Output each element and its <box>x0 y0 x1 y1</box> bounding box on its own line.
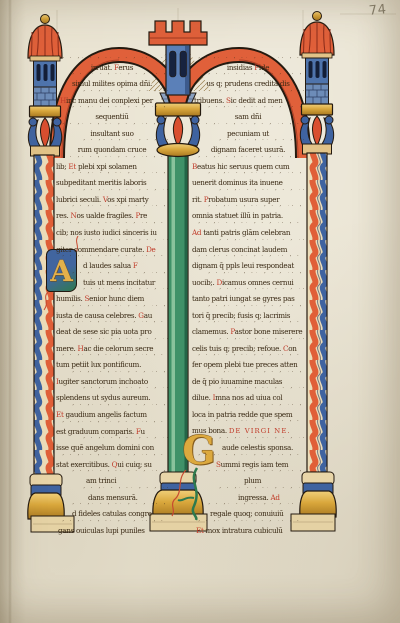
text-line: ʼ ′ ʼ´ ′ ʼ ′´ ʼ ′ ʼ ´′ ʼ ′ ʼ´ ′tribuens.… <box>192 88 304 105</box>
verse-text: lib; Et plebi xpi solamen <box>56 162 168 171</box>
neume-marks: ʼ ′ ʼ´ ′ ʼ ′´ ʼ ′ ʼ ´′ ʼ ′ ʼ´ ′ <box>56 222 168 228</box>
ink-text: enior hunc diem <box>89 294 144 303</box>
ink-text: lib; <box>56 162 68 171</box>
red-initial: De <box>146 245 155 254</box>
text-line: ʼ ′ ʼ´ ′ ʼ ′´ ʼ ′ ʼ ´′ ʼ ′ ʼ´ ′Hinc manu… <box>56 88 168 105</box>
verse-text: sam dñi <box>192 112 304 121</box>
neume-marks: ʼ ′ ʼ´ ′ ʼ ′´ ʼ ′ ʼ ´′ ʼ ′ ʼ´ ′ <box>56 387 168 393</box>
verse-text: plum <box>192 476 304 485</box>
neume-marks: ʼ ′ ʼ´ ′ ʼ ′´ ʼ ′ ʼ ´′ ʼ ′ ʼ´ ′ <box>192 354 304 360</box>
verse-text: isse quē angelum domini con <box>56 443 168 452</box>
red-initial: Et <box>196 526 204 535</box>
text-line: ʼ ′ ʼ´ ′ ʼ ′´ ʼ ′ ʼ ´′ ʼ ′ ʼ´ ′mere. Hac… <box>56 336 168 353</box>
ink-text: uocib;. <box>192 278 216 287</box>
verse-text: celis tuis q; precib; refoue. Con <box>192 344 304 353</box>
verse-text: tum petiit lux pontificum. <box>56 360 168 369</box>
neume-marks: ʼ ′ ʼ´ ′ ʼ ′´ ʼ ′ ʼ ´′ ʼ ′ ʼ´ ′ <box>56 189 168 195</box>
ink-text: humilis. <box>56 294 85 303</box>
text-line: ʼ ′ ʼ´ ′ ʼ ′´ ʼ ′ ʼ ´′ ʼ ′ ʼ´ ′deat de s… <box>56 320 168 337</box>
verse-text: Et gaudium angelis factum <box>56 410 168 419</box>
ink-text: lubrici seculi. <box>56 195 103 204</box>
neume-marks: ʼ ′ ʼ´ ′ ʼ ′´ ʼ ′ ʼ ´′ ʼ ′ ʼ´ ′ <box>192 520 304 526</box>
neume-marks: ʼ ′ ʼ´ ′ ʼ ′´ ʼ ′ ʼ ´′ ʼ ′ ʼ´ ′ <box>56 139 168 145</box>
text-line: ʼ ′ ʼ´ ′ ʼ ′´ ʼ ′ ʼ ´′ ʼ ′ ʼ´ ′mus bona.… <box>192 419 304 436</box>
text-line: ʼ ′ ʼ´ ′ ʼ ′´ ʼ ′ ʼ ´′ ʼ ′ ʼ´ ′subpedita… <box>56 171 168 188</box>
verse-text: d laudes salua F <box>56 261 168 270</box>
text-line: ʼ ′ ʼ´ ′ ʼ ′´ ʼ ′ ʼ ´′ ʼ ′ ʼ´ ′fer opem … <box>192 353 304 370</box>
neume-marks: ʼ ′ ʼ´ ′ ʼ ′´ ʼ ′ ʼ ´′ ʼ ′ ʼ´ ′ <box>192 338 304 344</box>
neume-marks: ʼ ′ ʼ´ ′ ʼ ′´ ʼ ′ ʼ ´′ ʼ ′ ʼ´ ′ <box>56 421 168 427</box>
neume-marks: ʼ ′ ʼ´ ′ ʼ ′´ ʼ ′ ʼ ´′ ʼ ′ ʼ´ ′ <box>56 172 168 178</box>
ink-text: ac die celorum secre <box>84 344 154 353</box>
verse-text: dilue. Imna nos ad uiua col <box>192 393 304 402</box>
ink-text: de q̄ pio iuuamine maculas <box>192 377 282 386</box>
neume-marks: ʼ ′ ʼ´ ′ ʼ ′´ ʼ ′ ʼ ´′ ʼ ′ ʼ´ ′ <box>192 305 304 311</box>
text-line: ʼ ′ ʼ´ ′ ʼ ′´ ʼ ′ ʼ ´′ ʼ ′ ʼ´ ′giter com… <box>56 237 168 254</box>
verse-text: Hinc manu dei conplexi per <box>56 96 168 105</box>
ink-text: inc manu dei conplexi per <box>66 96 153 105</box>
verse-text: dans mensurā. <box>56 493 168 502</box>
text-line: ʼ ′ ʼ´ ′ ʼ ′´ ʼ ′ ʼ ´′ ʼ ′ ʼ´ ′tanto pat… <box>192 287 304 304</box>
verse-text: fer opem plebi tue preces atten <box>192 360 304 369</box>
text-line: ʼ ′ ʼ´ ′ ʼ ′´ ʼ ′ ʼ ´′ ʼ ′ ʼ´ ′aude cele… <box>192 436 304 453</box>
ink-text: ingressa. <box>238 493 270 502</box>
ink-text: gans ouiculas lupi puniles <box>58 526 145 535</box>
neume-marks: ʼ ′ ʼ´ ′ ʼ ′´ ʼ ′ ʼ ´′ ʼ ′ ʼ´ ′ <box>56 321 168 327</box>
verse-text: lubrici seculi. Vos xpi marty <box>56 195 168 204</box>
text-line: ʼ ′ ʼ´ ′ ʼ ′´ ʼ ′ ʼ ´′ ʼ ′ ʼ´ ′dam cleru… <box>192 237 304 254</box>
ink-text: icamus omnes cernui <box>222 278 294 287</box>
text-line: ʼ ′ ʼ´ ′ ʼ ′´ ʼ ′ ʼ ´′ ʼ ′ ʼ´ ′tori q̄ p… <box>192 303 304 320</box>
red-initial: F <box>133 261 138 270</box>
neume-marks: ʼ ′ ʼ´ ′ ʼ ′´ ʼ ′ ʼ ´′ ʼ ′ ʼ´ ′ <box>56 338 168 344</box>
text-line: ʼ ′ ʼ´ ′ ʼ ′´ ʼ ′ ʼ ´′ ʼ ′ ʼ´ ′Summi reg… <box>192 452 304 469</box>
text-line: ʼ ′ ʼ´ ′ ʼ ′´ ʼ ′ ʼ ´′ ʼ ′ ʼ´ ′plum <box>192 469 304 486</box>
neume-marks: ʼ ′ ʼ´ ′ ʼ ′´ ʼ ′ ʼ ´′ ʼ ′ ʼ´ ′ <box>192 272 304 278</box>
verse-text: tribuens. Sic dedit ad men <box>192 96 304 105</box>
ink-text: re <box>140 211 147 220</box>
ink-text: subpeditant meritis laboris <box>56 178 146 187</box>
neume-marks: ʼ ′ ʼ´ ′ ʼ ′´ ʼ ′ ʼ ´′ ʼ ′ ʼ´ ′ <box>192 503 304 509</box>
ink-text: celis tuis q; precib; refoue. <box>192 344 283 353</box>
text-line: ʼ ′ ʼ´ ′ ʼ ′´ ʼ ′ ʼ ´′ ʼ ′ ʼ´ ′Et mox in… <box>192 518 304 535</box>
neume-marks: ʼ ′ ʼ´ ′ ʼ ′´ ʼ ′ ʼ ´′ ʼ ′ ʼ´ ′ <box>56 106 168 112</box>
text-line: ʼ ′ ʼ´ ′ ʼ ′´ ʼ ′ ʼ ´′ ʼ ′ ʼ´ ′regale qu… <box>192 502 304 519</box>
text-line: ʼ ′ ʼ´ ′ ʼ ′´ ʼ ′ ʼ ´′ ʼ ′ ʼ´ ′loca in p… <box>192 402 304 419</box>
neume-marks: ʼ ′ ʼ´ ′ ʼ ′´ ʼ ′ ʼ ´′ ʼ ′ ʼ´ ′ <box>192 371 304 377</box>
neume-marks: ʼ ′ ʼ´ ′ ʼ ′´ ʼ ′ ʼ ´′ ʼ ′ ʼ´ ′ <box>192 156 304 162</box>
ink-text: ui cuiq; su <box>117 460 152 469</box>
ink-text: robatum usura super <box>208 195 279 204</box>
text-line: ʼ ′ ʼ´ ′ ʼ ′´ ʼ ′ ʼ ´′ ʼ ′ ʼ´ ′est gradu… <box>56 419 168 436</box>
neume-marks: ʼ ′ ʼ´ ′ ʼ ′´ ʼ ′ ʼ ´′ ʼ ′ ʼ´ ′ <box>56 354 168 360</box>
ink-text: d laudes salua <box>83 261 133 270</box>
neume-marks: ʼ ′ ʼ´ ′ ʼ ′´ ʼ ′ ʼ ´′ ʼ ′ ʼ´ ′ <box>56 404 168 410</box>
ink-text: clamemus. <box>192 327 230 336</box>
ink-text: loca in patria redde que spem <box>192 410 292 419</box>
verse-text: regale quoq; conuiuiū <box>192 509 304 518</box>
ink-text: tori q̄ precib; fusis q; lacrimis <box>192 311 290 320</box>
verse-text: ingressa. Ad <box>192 493 304 502</box>
verse-text: tanto patri iungat se gyres pas <box>192 294 304 303</box>
neume-marks: ʼ ′ ʼ´ ′ ʼ ′´ ʼ ′ ʼ ´′ ʼ ′ ʼ´ ′ <box>56 57 168 63</box>
text-line: ʼ ′ ʼ´ ′ ʼ ′´ ʼ ′ ʼ ´′ ʼ ′ ʼ´ ′isse quē … <box>56 436 168 453</box>
verse-text: uocib;. Dicamus omnes cernui <box>192 278 304 287</box>
verse-text: rum quondam cruce <box>56 145 168 154</box>
ink-text: dilue. <box>192 393 213 402</box>
verse-text: us q; prudens credita dis <box>192 79 304 88</box>
text-line: ʼ ′ ʼ´ ′ ʼ ′´ ʼ ′ ʼ ´′ ʼ ′ ʼ´ ′us q; pru… <box>192 72 304 89</box>
verse-text: res. Nos ualde fragiles. Pre <box>56 211 168 220</box>
rubric-heading: DE VIRGI NE. <box>229 427 291 435</box>
ink-text: tum petiit lux pontificum. <box>56 360 141 369</box>
ink-text: dam clerus concinat laudem <box>192 245 287 254</box>
ink-text: au <box>144 311 152 320</box>
text-line: ʼ ′ ʼ´ ′ ʼ ′´ ʼ ′ ʼ ´′ ʼ ′ ʼ´ ′clamemus.… <box>192 320 304 337</box>
ink-text: tribuens. <box>194 96 226 105</box>
neume-marks: ʼ ′ ʼ´ ′ ʼ ′´ ʼ ′ ʼ ´′ ʼ ′ ʼ´ ′ <box>56 73 168 79</box>
text-line: ʼ ′ ʼ´ ′ ʼ ′´ ʼ ′ ʼ ´′ ʼ ′ ʼ´ ′tum petii… <box>56 353 168 370</box>
verse-text: splendens ut sydus aureum. <box>56 393 168 402</box>
neume-marks: ʼ ′ ʼ´ ′ ʼ ′´ ʼ ′ ʼ ´′ ʼ ′ ʼ´ ′ <box>56 470 168 476</box>
text-line: ʼ ′ ʼ´ ′ ʼ ′´ ʼ ′ ʼ ´′ ʼ ′ ʼ´ ′splendens… <box>56 386 168 403</box>
ink-text: ummi regis iam tem <box>221 460 289 469</box>
ink-text: tanto patri iungat se gyres pas <box>192 294 295 303</box>
ink-text: simul milites opima dñi. <box>72 79 152 88</box>
ink-text: rum quondam cruce <box>78 145 147 154</box>
text-line: ʼ ′ ʼ´ ′ ʼ ′´ ʼ ′ ʼ ´′ ʼ ′ ʼ´ ′d laudes … <box>56 254 168 271</box>
verse-text: de q̄ pio iuuamine maculas <box>192 377 304 386</box>
text-line: ʼ ′ ʼ´ ′ ʼ ′´ ʼ ′ ʼ ´′ ʼ ′ ʼ´ ′rit. Prob… <box>192 187 304 204</box>
verse-text: giter commendare curate. De <box>56 245 168 254</box>
text-line: ʼ ′ ʼ´ ′ ʼ ′´ ʼ ′ ʼ ´′ ʼ ′ ʼ´ ′Et gaudiu… <box>56 402 168 419</box>
neume-marks: ʼ ′ ʼ´ ′ ʼ ′´ ʼ ′ ʼ ´′ ʼ ′ ʼ´ ′ <box>192 73 304 79</box>
ink-text: stat exercitibus. <box>56 460 112 469</box>
ink-text: aude celestis sponsa. <box>222 443 293 452</box>
verse-text: dignam q̄ ppls leui respondeat <box>192 261 304 270</box>
verse-text: sequentiū <box>56 112 168 121</box>
ink-text: fer opem plebi tue preces atten <box>192 360 298 369</box>
ink-text: splendens ut sydus aureum. <box>56 393 150 402</box>
ink-text: ic dedit ad men <box>231 96 283 105</box>
text-line: ʼ ′ ʼ´ ′ ʼ ′´ ʼ ′ ʼ ´′ ʼ ′ ʼ´ ′stat exer… <box>56 452 168 469</box>
neume-marks: ʼ ′ ʼ´ ′ ʼ ′´ ʼ ′ ʼ ´′ ʼ ′ ʼ´ ′ <box>192 404 304 410</box>
neume-marks: ʼ ′ ʼ´ ′ ʼ ′´ ʼ ′ ʼ ´′ ʼ ′ ʼ´ ′ <box>56 156 168 162</box>
ink-text: deat de sese sic pia uota pro <box>56 327 151 336</box>
verse-text: simul milites opima dñi. <box>56 79 168 88</box>
neume-marks: ʼ ′ ʼ´ ′ ʼ ′´ ʼ ′ ʼ ´′ ʼ ′ ʼ´ ′ <box>192 288 304 294</box>
ink-text: os xpi marty <box>107 195 148 204</box>
text-line: ʼ ′ ʼ´ ′ ʼ ′´ ʼ ′ ʼ ´′ ʼ ′ ʼ´ ′am trinci <box>56 469 168 486</box>
ink-text: uenerit dominus ita inuene <box>192 178 283 187</box>
verse-text: Ad tanti patris glām celebran <box>192 228 304 237</box>
text-line: ʼ ′ ʼ´ ′ ʼ ′´ ʼ ′ ʼ ´′ ʼ ′ ʼ´ ′dignam fa… <box>192 138 304 155</box>
text-line: ʼ ′ ʼ´ ′ ʼ ′´ ʼ ′ ʼ ´′ ʼ ′ ʼ´ ′de q̄ pio… <box>192 369 304 386</box>
verse-text: am trinci <box>56 476 168 485</box>
neume-marks: ʼ ′ ʼ´ ′ ʼ ′´ ʼ ′ ʼ ´′ ʼ ′ ʼ´ ′ <box>192 470 304 476</box>
ink-text: giter commendare curate. <box>56 245 146 254</box>
text-line: ʼ ′ ʼ´ ′ ʼ ′´ ʼ ′ ʼ ´′ ʼ ′ ʼ´ ′simul mil… <box>56 72 168 89</box>
neume-marks: ʼ ′ ʼ´ ′ ʼ ′´ ʼ ′ ʼ ´′ ʼ ′ ʼ´ ′ <box>56 123 168 129</box>
neume-marks: ʼ ′ ʼ´ ′ ʼ ′´ ʼ ′ ʼ ´′ ʼ ′ ʼ´ ′ <box>192 454 304 460</box>
neume-marks: ʼ ′ ʼ´ ′ ʼ ′´ ʼ ′ ʼ ´′ ʼ ′ ʼ´ ′ <box>192 172 304 178</box>
verse-text: mere. Hac die celorum secre <box>56 344 168 353</box>
neume-marks: ʼ ′ ʼ´ ′ ʼ ′´ ʼ ′ ʼ ´′ ʼ ′ ʼ´ ′ <box>192 420 304 426</box>
ink-text: est graduum comparis. <box>56 427 136 436</box>
neume-marks: ʼ ′ ʼ´ ′ ʼ ′´ ʼ ′ ʼ ´′ ʼ ′ ʼ´ ′ <box>56 437 168 443</box>
text-line: ʼ ′ ʼ´ ′ ʼ ′´ ʼ ′ ʼ ´′ ʼ ′ ʼ´ ′celis tui… <box>192 336 304 353</box>
verse-text: est graduum comparis. Fu <box>56 427 168 436</box>
text-line: ʼ ′ ʼ´ ′ ʼ ′´ ʼ ′ ʼ ´′ ʼ ′ ʼ´ ′dilue. Im… <box>192 386 304 403</box>
text-line: ʼ ′ ʼ´ ′ ʼ ′´ ʼ ′ ʼ ´′ ʼ ′ ʼ´ ′lib; Et p… <box>56 154 168 171</box>
ink-text: mus bona. <box>192 426 229 435</box>
ink-text: res. <box>56 211 70 220</box>
ink-text: gaudium angelis factum <box>64 410 147 419</box>
ink-text: sam dñi <box>235 112 262 121</box>
neume-marks: ʼ ′ ʼ´ ′ ʼ ′´ ʼ ′ ʼ ´′ ʼ ′ ʼ´ ′ <box>56 503 168 509</box>
neume-marks: ʼ ′ ʼ´ ′ ʼ ′´ ʼ ′ ʼ ´′ ʼ ′ ʼ´ ′ <box>192 205 304 211</box>
verse-text: iusta de causa celebres. Gau <box>56 311 168 320</box>
neume-marks: ʼ ′ ʼ´ ′ ʼ ′´ ʼ ′ ʼ ´′ ʼ ′ ʼ´ ′ <box>192 437 304 443</box>
verse-text: Iugiter sanctorum inchoato <box>56 377 168 386</box>
ink-text: dignam q̄ ppls leui respondeat <box>192 261 294 270</box>
verse-text: aude celestis sponsa. <box>192 443 304 452</box>
neume-marks: ʼ ′ ʼ´ ′ ʼ ′´ ʼ ′ ʼ ´′ ʼ ′ ʼ´ ′ <box>192 239 304 245</box>
ink-text: ugiter sanctorum inchoato <box>59 377 148 386</box>
verse-text: dignam faceret usurā. <box>192 145 304 154</box>
red-initial: Ad <box>192 228 201 237</box>
folio-number: 74 <box>369 2 388 19</box>
neume-marks: ʼ ′ ʼ´ ′ ʼ ′´ ʼ ′ ʼ ´′ ʼ ′ ʼ´ ′ <box>192 255 304 261</box>
ink-text: rit. <box>192 195 204 204</box>
text-line: ʼ ′ ʼ´ ′ ʼ ′´ ʼ ′ ʼ ´′ ʼ ′ ʼ´ ′humilis. … <box>56 287 168 304</box>
text-line: ʼ ′ ʼ´ ′ ʼ ′´ ʼ ′ ʼ ´′ ʼ ′ ʼ´ ′irruat. F… <box>56 55 168 72</box>
ink-text: plebi xpi solamen <box>76 162 137 171</box>
ink-text: insultant suo <box>90 129 133 138</box>
neume-marks: ʼ ′ ʼ´ ′ ʼ ′´ ʼ ′ ʼ ´′ ʼ ′ ʼ´ ′ <box>56 305 168 311</box>
neume-marks: ʼ ′ ʼ´ ′ ʼ ′´ ʼ ′ ʼ ´′ ʼ ′ ʼ´ ′ <box>56 288 168 294</box>
ink-text: u <box>141 427 145 436</box>
ink-text: d fideles catulas congre <box>72 509 152 518</box>
ink-text: plum <box>244 476 261 485</box>
red-initial: Ad <box>270 493 279 502</box>
manuscript-page: 74 ʼ ′ ʼ´ ′ ʼ ′´ ʼ ′ ʼ ´′ ʼ ′ ʼ´ ′irruat… <box>0 0 400 623</box>
ink-text: dignam faceret usurā. <box>211 145 285 154</box>
text-column-right: ʼ ′ ʼ´ ′ ʼ ′´ ʼ ′ ʼ ´′ ʼ ′ ʼ´ ′insidias … <box>192 55 304 535</box>
ink-text: regale quoq; conuiuiū <box>210 509 283 518</box>
text-line: ʼ ′ ʼ´ ′ ʼ ′´ ʼ ′ ʼ ´′ ʼ ′ ʼ´ ′Beatus hi… <box>192 154 304 171</box>
text-line: ʼ ′ ʼ´ ′ ʼ ′´ ʼ ′ ʼ ´′ ʼ ′ ʼ´ ′d fideles… <box>56 502 168 519</box>
ink-text: os ualde fragiles. <box>76 211 135 220</box>
neume-marks: ʼ ′ ʼ´ ′ ʼ ′´ ʼ ′ ʼ ´′ ʼ ′ ʼ´ ′ <box>56 520 168 526</box>
verse-text: stat exercitibus. Qui cuiq; su <box>56 460 168 469</box>
verse-text: Beatus hic seruus quem cum <box>192 162 304 171</box>
text-line: ʼ ′ ʼ´ ′ ʼ ′´ ʼ ′ ʼ ´′ ʼ ′ ʼ´ ′cib; nos … <box>56 220 168 237</box>
ink-text: am trinci <box>86 476 116 485</box>
verse-text: tori q̄ precib; fusis q; lacrimis <box>192 311 304 320</box>
ink-text: mna nos ad uiua col <box>215 393 282 402</box>
ink-text: astor bone miserere <box>235 327 303 336</box>
neume-marks: ʼ ′ ʼ´ ′ ʼ ′´ ʼ ′ ʼ ´′ ʼ ′ ʼ´ ′ <box>192 139 304 145</box>
verse-text: loca in patria redde que spem <box>192 410 304 419</box>
text-line: ʼ ′ ʼ´ ′ ʼ ′´ ʼ ′ ʼ ´′ ʼ ′ ʼ´ ′uocib;. D… <box>192 270 304 287</box>
neume-marks: ʼ ′ ʼ´ ′ ʼ ′´ ʼ ′ ʼ ´′ ʼ ′ ʼ´ ′ <box>192 57 304 63</box>
ink-text: us q; prudens credita dis <box>206 79 289 88</box>
ink-text: isse quē angelum domini con <box>56 443 154 452</box>
verse-text: insultant suo <box>56 129 168 138</box>
verse-text: clamemus. Pastor bone miserere <box>192 327 304 336</box>
text-line: ʼ ′ ʼ´ ′ ʼ ′´ ʼ ′ ʼ ´′ ʼ ′ ʼ´ ′ingressa.… <box>192 485 304 502</box>
neume-marks: ʼ ′ ʼ´ ′ ʼ ′´ ʼ ′ ʼ ´′ ʼ ′ ʼ´ ′ <box>56 371 168 377</box>
neume-marks: ʼ ′ ʼ´ ′ ʼ ′´ ʼ ′ ʼ ´′ ʼ ′ ʼ´ ′ <box>56 90 168 96</box>
verse-text: cib; nos iusto iudici sinceris iu <box>56 228 168 237</box>
neume-marks: ʼ ′ ʼ´ ′ ʼ ′´ ʼ ′ ʼ ´′ ʼ ′ ʼ´ ′ <box>56 272 168 278</box>
neume-marks: ʼ ′ ʼ´ ′ ʼ ′´ ʼ ′ ʼ ´′ ʼ ′ ʼ´ ′ <box>192 189 304 195</box>
verse-text: insidias Fide <box>192 63 304 72</box>
verse-text: mus bona. DE VIRGI NE. <box>192 426 304 436</box>
red-initial: Et <box>68 162 76 171</box>
verse-text: tuis ut mens incitatur <box>56 278 168 287</box>
neume-marks: ʼ ′ ʼ´ ′ ʼ ′´ ʼ ′ ʼ ´′ ʼ ′ ʼ´ ′ <box>192 487 304 493</box>
text-line: ʼ ′ ʼ´ ′ ʼ ′´ ʼ ′ ʼ ´′ ʼ ′ ʼ´ ′tuis ut m… <box>56 270 168 287</box>
verse-text: Et mox intratura cubiculū <box>192 526 304 535</box>
text-line: ʼ ′ ʼ´ ′ ʼ ′´ ʼ ′ ʼ ´′ ʼ ′ ʼ´ ′dignam q̄… <box>192 254 304 271</box>
neume-marks: ʼ ′ ʼ´ ′ ʼ ′´ ʼ ′ ʼ ´′ ʼ ′ ʼ´ ′ <box>56 454 168 460</box>
neume-marks: ʼ ′ ʼ´ ′ ʼ ′´ ʼ ′ ʼ ´′ ʼ ′ ʼ´ ′ <box>192 90 304 96</box>
text-line: ʼ ′ ʼ´ ′ ʼ ′´ ʼ ′ ʼ ´′ ʼ ′ ʼ´ ′res. Nos … <box>56 204 168 221</box>
neume-marks: ʼ ′ ʼ´ ′ ʼ ′´ ʼ ′ ʼ ´′ ʼ ′ ʼ´ ′ <box>192 387 304 393</box>
neume-marks: ʼ ′ ʼ´ ′ ʼ ′´ ʼ ′ ʼ ´′ ʼ ′ ʼ´ ′ <box>192 123 304 129</box>
verse-text: pecuniam ut <box>192 129 304 138</box>
ruling-lines <box>57 8 396 52</box>
text-line: ʼ ′ ʼ´ ′ ʼ ′´ ʼ ′ ʼ ´′ ʼ ′ ʼ´ ′lubrici s… <box>56 187 168 204</box>
verse-text: dam clerus concinat laudem <box>192 245 304 254</box>
ink-text: eatus hic seruus quem cum <box>197 162 289 171</box>
verse-text: Summi regis iam tem <box>192 460 304 469</box>
neume-marks: ʼ ′ ʼ´ ′ ʼ ′´ ʼ ′ ʼ ´′ ʼ ′ ʼ´ ′ <box>192 321 304 327</box>
ink-text: pecuniam ut <box>227 129 269 138</box>
text-line: ʼ ′ ʼ´ ′ ʼ ′´ ʼ ′ ʼ ´′ ʼ ′ ʼ´ ′Ad tanti … <box>192 220 304 237</box>
ink-text: omnia statuet illū in patria. <box>192 211 283 220</box>
ink-text: irruat. <box>91 63 114 72</box>
verse-text: deat de sese sic pia uota pro <box>56 327 168 336</box>
verse-text: humilis. Senior hunc diem <box>56 294 168 303</box>
neume-marks: ʼ ′ ʼ´ ′ ʼ ′´ ʼ ′ ʼ ´′ ʼ ′ ʼ´ ′ <box>56 487 168 493</box>
verse-text: d fideles catulas congre <box>56 509 168 518</box>
verse-text: uenerit dominus ita inuene <box>192 178 304 187</box>
ink-text: tuis ut mens incitatur <box>83 278 155 287</box>
ink-text: erus <box>118 63 133 72</box>
ink-text: mox intratura cubiculū <box>204 526 283 535</box>
ink-text: iusta de causa celebres. <box>56 311 138 320</box>
ink-text: on <box>288 344 296 353</box>
ink-text: sequentiū <box>95 112 128 121</box>
ink-text: cib; nos iusto iudici sinceris iu <box>56 228 157 237</box>
verse-text: rit. Probatum usura super <box>192 195 304 204</box>
text-line: ʼ ′ ʼ´ ′ ʼ ′´ ʼ ′ ʼ ´′ ʼ ′ ʼ´ ′sequentiū <box>56 105 168 122</box>
verse-text: irruat. Ferus <box>56 63 168 72</box>
text-line: ʼ ′ ʼ´ ′ ʼ ′´ ʼ ′ ʼ ´′ ʼ ′ ʼ´ ′omnia sta… <box>192 204 304 221</box>
text-line: ʼ ′ ʼ´ ′ ʼ ′´ ʼ ′ ʼ ´′ ʼ ′ ʼ´ ′Iugiter s… <box>56 369 168 386</box>
text-line: ʼ ′ ʼ´ ′ ʼ ′´ ʼ ′ ʼ ´′ ʼ ′ ʼ´ ′pecuniam … <box>192 121 304 138</box>
ink-text: tanti patris glām celebran <box>201 228 290 237</box>
text-line: ʼ ′ ʼ´ ′ ʼ ′´ ʼ ′ ʼ ´′ ʼ ′ ʼ´ ′rum quond… <box>56 138 168 155</box>
neume-marks: ʼ ′ ʼ´ ′ ʼ ′´ ʼ ′ ʼ ´′ ʼ ′ ʼ´ ′ <box>56 255 168 261</box>
text-line: ʼ ′ ʼ´ ′ ʼ ′´ ʼ ′ ʼ ´′ ʼ ′ ʼ´ ′insidias … <box>192 55 304 72</box>
verse-text: subpeditant meritis laboris <box>56 178 168 187</box>
text-column-left: ʼ ′ ʼ´ ′ ʼ ′´ ʼ ′ ʼ ´′ ʼ ′ ʼ´ ′irruat. F… <box>56 55 168 535</box>
ink-text: insidias <box>227 63 254 72</box>
text-line: ʼ ′ ʼ´ ′ ʼ ′´ ʼ ′ ʼ ´′ ʼ ′ ʼ´ ′gans ouic… <box>56 518 168 535</box>
text-line: ʼ ′ ʼ´ ′ ʼ ′´ ʼ ′ ʼ ´′ ʼ ′ ʼ´ ′sam dñi <box>192 105 304 122</box>
ink-text: ide <box>259 63 269 72</box>
text-line: ʼ ′ ʼ´ ′ ʼ ′´ ʼ ′ ʼ ´′ ʼ ′ ʼ´ ′dans mens… <box>56 485 168 502</box>
neume-marks: ʼ ′ ʼ´ ′ ʼ ′´ ʼ ′ ʼ ´′ ʼ ′ ʼ´ ′ <box>192 106 304 112</box>
text-line: ʼ ′ ʼ´ ′ ʼ ′´ ʼ ′ ʼ ´′ ʼ ′ ʼ´ ′insultant… <box>56 121 168 138</box>
neume-marks: ʼ ′ ʼ´ ′ ʼ ′´ ʼ ′ ʼ ´′ ʼ ′ ʼ´ ′ <box>56 205 168 211</box>
text-line: ʼ ′ ʼ´ ′ ʼ ′´ ʼ ′ ʼ ´′ ʼ ′ ʼ´ ′uenerit d… <box>192 171 304 188</box>
ink-text: mere. <box>56 344 78 353</box>
ink-text: dans mensurā. <box>88 493 138 502</box>
verse-text: omnia statuet illū in patria. <box>192 211 304 220</box>
red-initial: Et <box>56 410 64 419</box>
neume-marks: ʼ ′ ʼ´ ′ ʼ ′´ ʼ ′ ʼ ´′ ʼ ′ ʼ´ ′ <box>192 222 304 228</box>
neume-marks: ʼ ′ ʼ´ ′ ʼ ′´ ʼ ′ ʼ ´′ ʼ ′ ʼ´ ′ <box>56 239 168 245</box>
verse-text: gans ouiculas lupi puniles <box>56 526 168 535</box>
text-line: ʼ ′ ʼ´ ′ ʼ ′´ ʼ ′ ʼ ´′ ʼ ′ ʼ´ ′iusta de … <box>56 303 168 320</box>
